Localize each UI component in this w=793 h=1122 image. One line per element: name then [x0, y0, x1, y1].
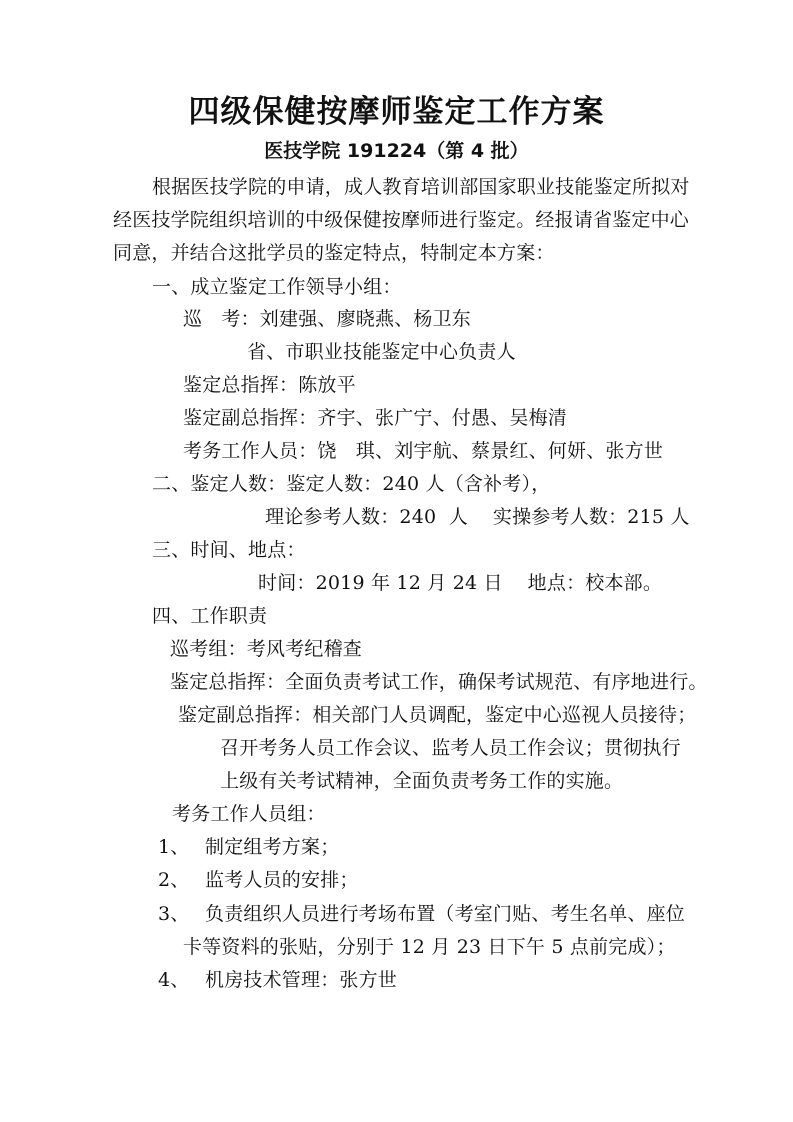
task-text: 制定组考方案； [205, 835, 339, 859]
deputy-commanders: 鉴定副总指挥：齐宇、张广宁、付愚、吴梅清 [183, 406, 567, 430]
document-subtitle: 医技学院 191224（第 4 批） [0, 138, 793, 164]
inspection-members-cont: 省、市职业技能鉴定中心负责人 [247, 340, 516, 364]
task-number: 3、 [158, 902, 190, 926]
intro-line-1: 根据医技学院的申请，成人教育培训部国家职业技能鉴定所拟对 [152, 175, 690, 199]
task-number: 2、 [158, 868, 190, 892]
participant-counts: 理论参考人数：240 人 实操参考人数：215 人 [265, 505, 690, 529]
section-2-heading: 二、鉴定人数：鉴定人数：240 人（含补考）， [152, 472, 550, 496]
deputy-duty-line-2: 召开考务人员工作会议、监考人员工作会议；贯彻执行 [220, 736, 681, 760]
document-title: 四级保健按摩师鉴定工作方案 [0, 92, 793, 132]
task-text: 监考人员的安排； [205, 868, 359, 892]
document-page: 四级保健按摩师鉴定工作方案 医技学院 191224（第 4 批） 根据医技学院的… [0, 0, 793, 1122]
deputy-duty-line-1: 鉴定副总指挥：相关部门人员调配，鉴定中心巡视人员接待； [178, 703, 696, 727]
intro-line-2: 经医技学院组织培训的中级保健按摩师进行鉴定。经报请省鉴定中心 [113, 208, 689, 232]
exam-staff-group-heading: 考务工作人员组： [172, 802, 326, 826]
inspection-group-duty: 巡考组：考风考纪稽查 [170, 637, 362, 661]
section-1-heading: 一、成立鉴定工作领导小组： [152, 275, 402, 299]
time-location: 时间：2019 年 12 月 24 日 地点：校本部。 [258, 571, 662, 595]
task-number: 4、 [158, 968, 190, 992]
section-4-heading: 四、工作职责 [152, 604, 267, 628]
intro-line-3: 同意，并结合这批学员的鉴定特点，特制定本方案： [113, 241, 555, 265]
task-text-cont: 卡等资料的张贴，分别于 12 月 23 日下午 5 点前完成）； [183, 935, 676, 959]
task-text: 负责组织人员进行考场布置（考室门贴、考生名单、座位 [205, 902, 685, 926]
task-text: 机房技术管理：张方世 [205, 968, 397, 992]
section-3-heading: 三、时间、地点： [152, 538, 306, 562]
exam-staff: 考务工作人员：饶 琪、刘宇航、蔡景红、何妍、张方世 [183, 439, 663, 463]
chief-commander-duty: 鉴定总指挥：全面负责考试工作，确保考试规范、有序地进行。 [170, 670, 708, 694]
task-number: 1、 [158, 835, 190, 859]
deputy-duty-line-3: 上级有关考试精神，全面负责考务工作的实施。 [220, 769, 623, 793]
inspection-members: 巡 考：刘建强、廖晓燕、杨卫东 [183, 307, 471, 331]
chief-commander: 鉴定总指挥：陈放平 [183, 373, 356, 397]
